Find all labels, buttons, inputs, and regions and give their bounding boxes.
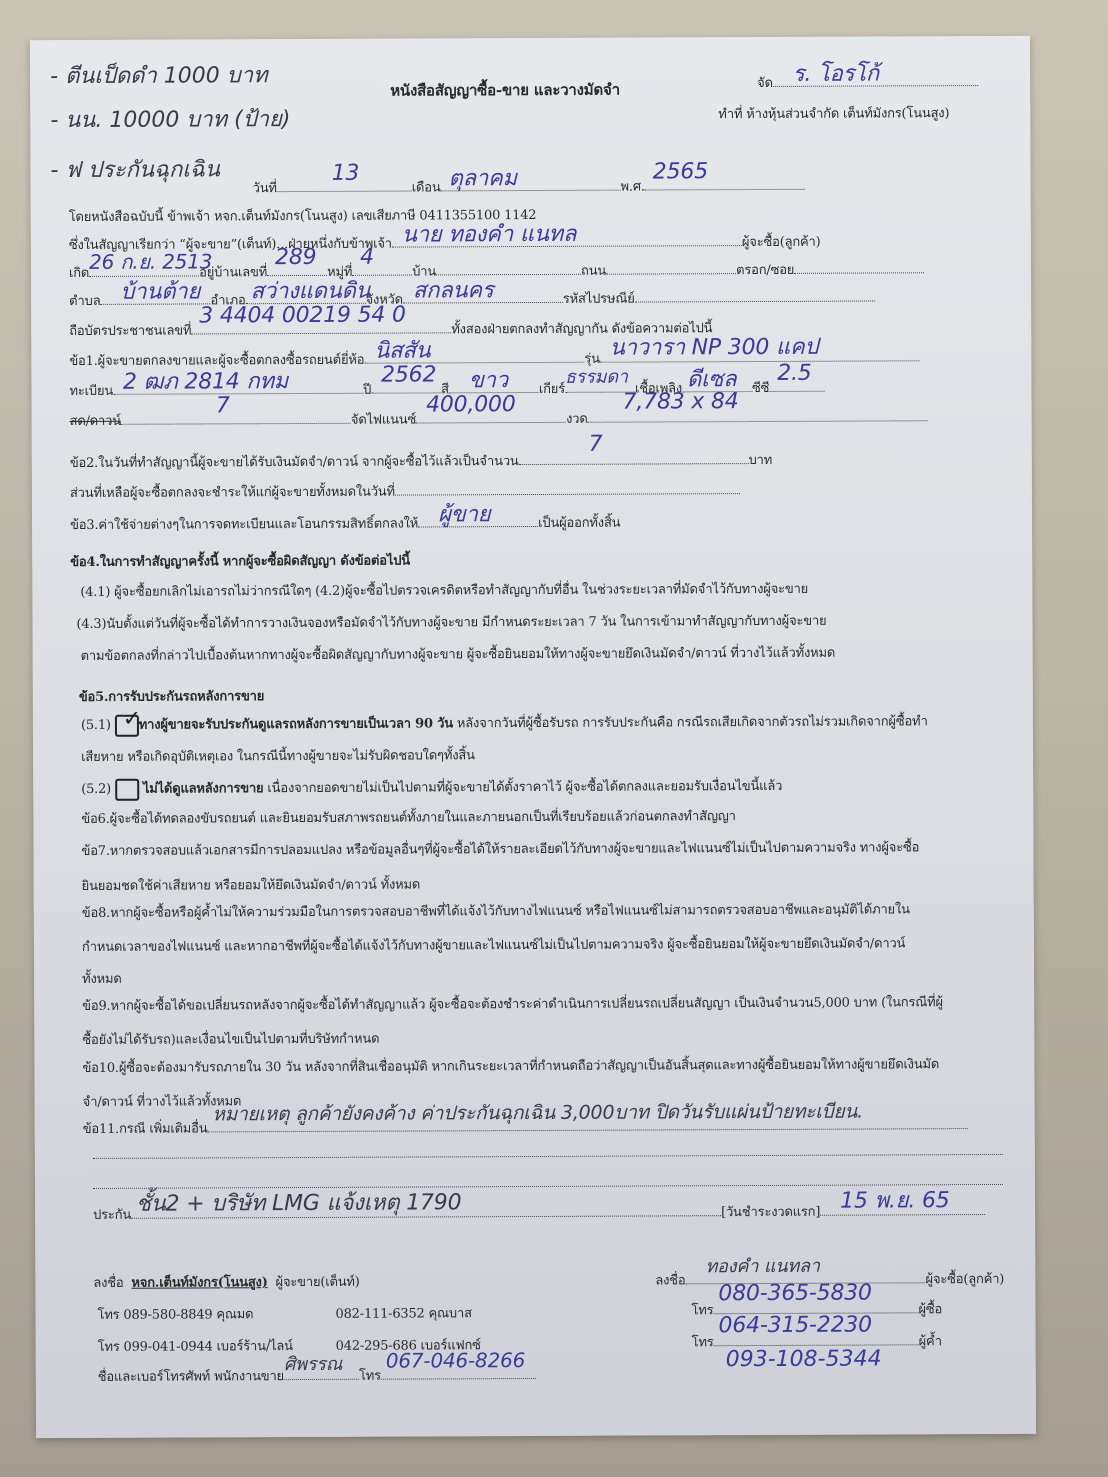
buyer-phone: 080-365-5830: [718, 1281, 872, 1307]
finance-value: 400,000: [426, 392, 516, 417]
clause-5-1-rest: หลังจากวันที่ผู้ซื้อรับรถ การรับประกันคื…: [453, 714, 928, 731]
seller-sign-label: ลงชื่อ: [93, 1276, 123, 1291]
road-label: ถนน: [581, 264, 606, 279]
clause-5-1-line2: เสียหาย หรือเกิดอุบัติเหตุเอง ในกรณีนี้ท…: [81, 744, 475, 767]
made-at: ทำที่ ห้างหุ้นส่วนจำกัด เต็นท์มังกร(โนนส…: [718, 102, 949, 124]
insurance-line: ประกันชั้น2 + บริษัท LMG แจ้งเหตุ 1790[ว…: [93, 1200, 985, 1225]
clause-9-a: ข้อ9.หากผู้จะซื้อได้ขอเปลี่ยนรถหลังจากผู…: [82, 991, 943, 1016]
buyer-sign-label: ลงชื่อ: [655, 1273, 685, 1288]
check-icon: ✓: [123, 706, 141, 731]
deposit-value: 7: [588, 432, 602, 457]
place-field: จัดร. โอรโก้: [757, 71, 978, 93]
province-value: สกลนคร: [413, 272, 494, 307]
house-no-value: 289: [275, 245, 317, 270]
clause-10-a: ข้อ10.ผู้ซื้อจะต้องมารับรถภายใน 30 วัน ห…: [82, 1053, 939, 1078]
note-2: - นน. 10000 บาท (ป้าย): [50, 101, 290, 137]
contract-paper: - ตีนเป็ดดำ 1000 บาท - นน. 10000 บาท (ป้…: [30, 36, 1036, 1438]
insurance-value: ชั้น2 + บริษัท LMG แจ้งเหตุ 1790: [136, 1184, 462, 1220]
clause-3-text: ข้อ3.ค่าใช้จ่ายต่างๆในการจดทะเบียนและโอน…: [70, 516, 418, 533]
clause-4-3: (4.3)นับตั้งแต่วันที่ผู้จะซื้อได้ทำการวา…: [76, 610, 826, 634]
seller-name: หจก.เต็นท์มังกร(โนนสูง): [131, 1275, 267, 1291]
id-label: ถือบัตรประชาชนเลขที่: [69, 323, 191, 339]
plate-value: 2 ฒภ 2814 กทม: [123, 363, 288, 399]
gear-label: เกียร์: [539, 382, 565, 397]
clause-8-a: ข้อ8.หากผู้จะซื้อหรือผู้ค้ำไม่ให้ความร่ว…: [82, 898, 910, 923]
year-label: พ.ศ.: [621, 180, 645, 195]
salesperson-phone: 067-046-8266: [386, 1348, 525, 1373]
month-value: ตุลาคม: [448, 160, 516, 195]
clause-4-title: ข้อ4.ในการทำสัญญาครั้งนี้ หากผู้จะซื้อผิ…: [70, 550, 410, 572]
insurance-label: ประกัน: [93, 1208, 131, 1223]
seller-phone-1: โทร 089-580-8849 คุณมด: [97, 1303, 253, 1325]
seller-phone-3: โทร 099-041-0944 เบอร์ร้าน/ไลน์: [98, 1335, 293, 1357]
finance-line: สด/ดาวน์7จัดไฟแนนซ์400,000งวด7,783 x 84: [70, 406, 928, 431]
district-line: ตำบลบ้านต้ายอำเภอสว่างแดนดินจังหวัดสกลนค…: [69, 287, 875, 312]
clause-4-1: (4.1) ผู้จะซื้อยกเลิกไม่เอารถไม่ว่ากรณีใ…: [80, 578, 808, 602]
postal-label: รหัสไปรษณีย์: [563, 292, 635, 307]
no-warranty-checkbox[interactable]: [115, 778, 139, 800]
first-payment-label: [วันชำระงวดแรก]: [721, 1205, 820, 1220]
blank-line-1: [93, 1154, 1003, 1159]
clause-5-2-rest: เนื่องจากยอดขายไม่เป็นไปตามที่ผู้จะขายได…: [263, 779, 782, 796]
note-1: - ตีนเป็ดดำ 1000 บาท: [50, 57, 268, 93]
gear-value: ธรรมดา: [565, 362, 628, 391]
vehicle-year-value: 2562: [381, 362, 436, 387]
clause-5-1-num: (5.1): [81, 718, 111, 733]
subdistrict-value: บ้านต้าย: [120, 273, 200, 308]
clause-7-b: ยินยอมชดใช้ค่าเสียหาย หรือยอมให้ยึดเงินม…: [82, 873, 421, 895]
clause-5-title: ข้อ5.การรับประกันรถหลังการขาย: [79, 685, 264, 707]
clause-11-label: ข้อ11.กรณี เพิ่มเติมอื่น: [83, 1121, 208, 1137]
clause-7-a: ข้อ7.หากตรวจสอบแล้วเอกสารมีการปลอมแปลง ห…: [81, 836, 919, 861]
salesperson-label: ชื่อและเบอร์โทรศัพท์ พนักงานขาย: [98, 1369, 284, 1385]
finance-label: จัดไฟแนนซ์: [351, 413, 416, 428]
clause-11-line: ข้อ11.กรณี เพิ่มเติมอื่นหมายเหตุ ลูกค้าย…: [83, 1114, 968, 1139]
down-value: 7: [216, 393, 230, 418]
year-label-v: ปี: [363, 383, 371, 398]
salesperson-name: ศิพรรณ: [284, 1349, 342, 1378]
clause-8-b: กำหนดเวลาของไฟแนนซ์ และหากอาชีพที่ผู้จะซ…: [82, 932, 905, 957]
place-value: ร. โอรโก้: [793, 55, 879, 90]
first-payment-value: 15 พ.ย. 65: [840, 1182, 950, 1217]
extra-phone: 093-108-5344: [726, 1346, 882, 1372]
clause-11-value: หมายเหตุ ลูกค้ายังคงค้าง ค่าประกันฉุกเฉิ…: [212, 1097, 863, 1130]
clause-5-1: (5.1) ✓ทางผู้ขายจะรับประกันดูแลรถหลังการ…: [81, 710, 928, 736]
clause-5-2: (5.2) ไม่ได้ดูแลหลังการขาย เนื่องจากยอดข…: [81, 775, 782, 801]
document-title: หนังสือสัญญาซื้อ-ขาย และวางมัดจำ: [390, 78, 620, 103]
buyer-name: นาย ทองคำ แนทล: [402, 216, 577, 252]
clause-3-line: ข้อ3.ค่าใช้จ่ายต่างๆในการจดทะเบียนและโอน…: [70, 512, 620, 535]
clause-2-text: ข้อ2.ในวันที่ทำสัญญานี้ผู้จะขายได้รับเงิ…: [70, 454, 519, 471]
buyer-phone-role: ผู้ซื้อ: [918, 1302, 942, 1317]
seller-sign-line: ลงชื่อ หจก.เต็นท์มังกร(โนนสูง) ผู้จะขาย(…: [93, 1271, 359, 1293]
note-3: - ฟ ประกันฉุกเฉิน: [50, 151, 219, 187]
guarantor-phone: 064-315-2230: [718, 1313, 872, 1339]
cc-value: 2.5: [777, 361, 811, 386]
clause-5-2-bold: ไม่ได้ดูแลหลังการขาย: [143, 781, 264, 797]
plate-label: ทะเบียน: [69, 384, 113, 399]
clause-3-suffix: เป็นผู้ออกทั้งสิ้น: [538, 516, 620, 531]
clause-4-4: ตามข้อตกลงที่กล่าวไปเบื้องต้นหากทางผู้จะ…: [81, 642, 836, 666]
salesperson-phone-label: โทร: [359, 1369, 381, 1384]
fee-payer-value: ผู้ขาย: [438, 496, 491, 531]
clause-5-2-num: (5.2): [81, 782, 111, 797]
month-label: เดือน: [412, 180, 441, 195]
buyer-phone-label: โทร: [691, 1303, 713, 1318]
salesperson-line: ชื่อและเบอร์โทรศัพท์ พนักงานขายศิพรรณโทร…: [98, 1364, 536, 1387]
down-label: สด/ดาวน์: [70, 414, 121, 429]
installment-value: 7,783 x 84: [622, 389, 738, 415]
year-value: 2565: [653, 159, 708, 184]
seller-phone-2: 082-111-6352 คุณบาส: [335, 1302, 471, 1324]
installment-label: งวด: [566, 412, 588, 427]
clause-8-c: ทั้งหมด: [82, 968, 122, 989]
day-value: 13: [332, 161, 360, 186]
warranty-checkbox-checked[interactable]: ✓: [115, 714, 139, 736]
clause-9-b: ซื้อยังไม่ได้รับรถ)และเงื่อนไขเป็นไปตามท…: [82, 1028, 379, 1050]
id-value: 3 4404 00219 54 0: [199, 303, 406, 329]
date-line: วันที่13เดือนตุลาคมพ.ศ.2565: [253, 175, 805, 198]
born-label: เกิด: [69, 266, 89, 281]
clause-5-1-bold: ทางผู้ขายจะรับประกันดูแลรถหลังการขายเป็น…: [139, 716, 453, 732]
buyer-signature: ทองคำ แนทลา: [705, 1251, 819, 1280]
subdistrict-label: ตำบล: [69, 294, 100, 309]
remaining-text: ส่วนที่เหลือผู้จะซื้อตกลงจะชำระให้แก่ผู้…: [70, 485, 395, 501]
guarantor-role: ผู้ค้ำ: [919, 1334, 942, 1349]
clause-2-line: ข้อ2.ในวันที่ทำสัญญานี้ผู้จะขายได้รับเงิ…: [70, 449, 772, 473]
clause-6: ข้อ6.ผู้จะซื้อได้ทดลองขับรถยนต์ และยินยอ…: [81, 805, 735, 829]
buyer-role: ผู้จะซื้อ(ลูกค้า): [925, 1272, 1004, 1287]
moo-value: 4: [360, 245, 374, 270]
buyer-label: ผู้จะซื้อ(ลูกค้า): [742, 235, 821, 250]
soi-label: ตรอก/ซอย: [736, 263, 794, 278]
baht-label: บาท: [749, 453, 773, 468]
day-label: วันที่: [253, 181, 277, 196]
place-label: จัด: [757, 76, 773, 91]
guarantor-phone-label: โทร: [692, 1335, 714, 1350]
model-value: นาวารา NP 300 แคป: [610, 329, 819, 365]
cc-label: ซีซี: [752, 381, 769, 396]
clause-2-remaining: ส่วนที่เหลือผู้จะซื้อตกลงจะชำระให้แก่ผู้…: [70, 479, 740, 503]
seller-role: ผู้จะขาย(เต็นท์): [276, 1275, 360, 1290]
